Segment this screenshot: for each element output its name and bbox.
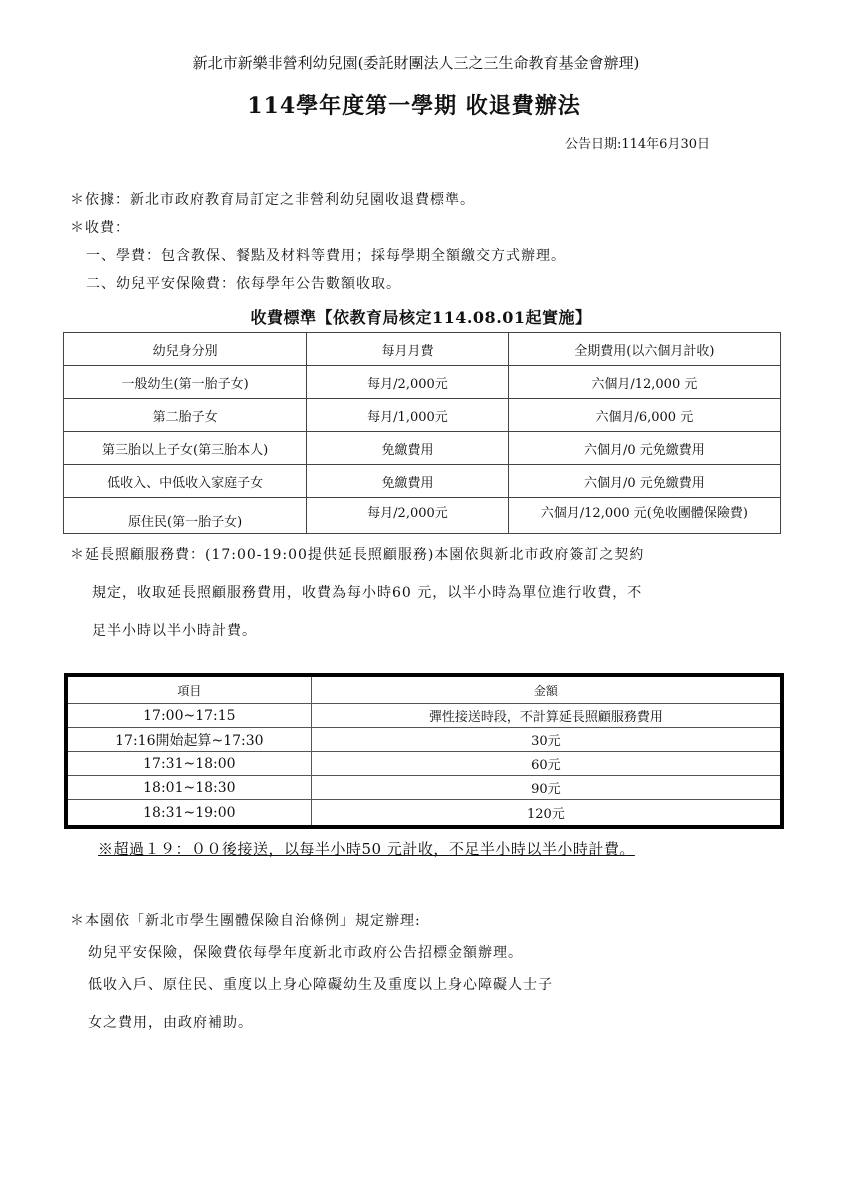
insurance-heading: ＊本園依「新北市學生團體保險自治條例」規定辦理:	[70, 910, 421, 930]
cell-term-fee: 六個月/12,000 元(免收團體保險費)	[508, 498, 780, 534]
cell-time-range: 17:00~17:15	[66, 704, 311, 728]
fees-item-insurance: 二、幼兒平安保險費：依每學年公告數額收取。	[86, 273, 401, 293]
cell-amount: 60元	[311, 752, 782, 776]
table-row: 第三胎以上子女(第三胎本人) 免繳費用 六個月/0 元免繳費用	[64, 432, 781, 465]
cell-monthly-fee: 每月/2,000元	[307, 498, 508, 534]
basis-line: ＊依據：新北市政府教育局訂定之非營利幼兒園收退費標準。	[70, 189, 475, 209]
column-header-amount: 金額	[311, 675, 782, 704]
cell-identity: 第三胎以上子女(第三胎本人)	[64, 432, 307, 465]
cell-monthly-fee: 每月/2,000元	[307, 366, 508, 399]
extended-care-fee-table: 項目 金額 17:00~17:15 彈性接送時段，不計算延長照顧服務費用 17:…	[64, 673, 784, 829]
cell-term-fee: 六個月/0 元免繳費用	[508, 432, 780, 465]
fee-table-caption-text: 收費標準【依教育局核定114.08.01起實施】	[250, 305, 591, 328]
insurance-line-3: 女之費用，由政府補助。	[88, 1012, 253, 1032]
table-row: 原住民(第一胎子女) 每月/2,000元 六個月/12,000 元(免收團體保險…	[64, 498, 781, 534]
cell-amount: 90元	[311, 776, 782, 800]
cell-identity: 一般幼生(第一胎子女)	[64, 366, 307, 399]
organization-text: 新北市新樂非營利幼兒園(委託財團法人三之三生命教育基金會辦理)	[193, 52, 640, 73]
column-header-term-fee: 全期費用(以六個月計收)	[508, 333, 780, 366]
fees-item-tuition: 一、學費：包含教保、餐點及材料等費用；採每學期全額繳交方式辦理。	[86, 245, 566, 265]
table-row: 第二胎子女 每月/1,000元 六個月/6,000 元	[64, 399, 781, 432]
table-row: 17:16開始起算~17:30 30元	[66, 728, 782, 752]
cell-amount: 120元	[311, 800, 782, 828]
organization-name: 新北市新樂非營利幼兒園(委託財團法人三之三生命教育基金會辦理)	[0, 52, 848, 73]
column-header-item: 項目	[66, 675, 311, 704]
table-header-row: 幼兒身分別 每月月費 全期費用(以六個月計收)	[64, 333, 781, 366]
cell-monthly-fee: 免繳費用	[307, 432, 508, 465]
insurance-line-1: 幼兒平安保險，保險費依每學年度新北市政府公告招標金額辦理。	[88, 942, 523, 962]
cell-identity: 原住民(第一胎子女)	[64, 498, 307, 534]
cell-identity: 第二胎子女	[64, 399, 307, 432]
fees-heading: ＊收費：	[70, 217, 130, 237]
table-row: 17:00~17:15 彈性接送時段，不計算延長照顧服務費用	[66, 704, 782, 728]
table-row: 低收入、中低收入家庭子女 免繳費用 六個月/0 元免繳費用	[64, 465, 781, 498]
table-row: 18:01~18:30 90元	[66, 776, 782, 800]
table-row: 17:31~18:00 60元	[66, 752, 782, 776]
announcement-date: 公告日期:114年6月30日	[565, 133, 710, 152]
cell-time-range: 17:16開始起算~17:30	[66, 728, 311, 752]
cell-time-range: 18:01~18:30	[66, 776, 311, 800]
cell-monthly-fee: 免繳費用	[307, 465, 508, 498]
extended-care-line-1: ＊延長照顧服務費：(17:00-19:00提供延長照顧服務)本園依與新北市政府簽…	[70, 544, 644, 564]
column-header-identity: 幼兒身分別	[64, 333, 307, 366]
fee-standard-table: 幼兒身分別 每月月費 全期費用(以六個月計收) 一般幼生(第一胎子女) 每月/2…	[63, 332, 781, 534]
cell-term-fee: 六個月/0 元免繳費用	[508, 465, 780, 498]
document-title: 114學年度第一學期 收退費辦法	[0, 89, 848, 120]
cell-identity: 低收入、中低收入家庭子女	[64, 465, 307, 498]
document-title-text: 114學年度第一學期 收退費辦法	[247, 89, 581, 120]
extended-care-line-3: 足半小時以半小時計費。	[92, 620, 257, 640]
cell-time-range: 17:31~18:00	[66, 752, 311, 776]
cell-term-fee: 六個月/12,000 元	[508, 366, 780, 399]
table-row: 一般幼生(第一胎子女) 每月/2,000元 六個月/12,000 元	[64, 366, 781, 399]
extended-care-line-2: 規定，收取延長照顧服務費用，收費為每小時60 元，以半小時為單位進行收費，不	[92, 582, 642, 602]
cell-amount: 彈性接送時段，不計算延長照顧服務費用	[311, 704, 782, 728]
cell-time-range: 18:31~19:00	[66, 800, 311, 828]
table-row: 18:31~19:00 120元	[66, 800, 782, 828]
overtime-note: ※超過１９：００後接送，以每半小時50 元計收，不足半小時以半小時計費。	[98, 838, 635, 859]
insurance-line-2: 低收入戶、原住民、重度以上身心障礙幼生及重度以上身心障礙人士子	[88, 974, 553, 994]
cell-monthly-fee: 每月/1,000元	[307, 399, 508, 432]
cell-amount: 30元	[311, 728, 782, 752]
fee-table-caption: 收費標準【依教育局核定114.08.01起實施】	[0, 305, 848, 328]
column-header-monthly-fee: 每月月費	[307, 333, 508, 366]
table-header-row: 項目 金額	[66, 675, 782, 704]
cell-term-fee: 六個月/6,000 元	[508, 399, 780, 432]
